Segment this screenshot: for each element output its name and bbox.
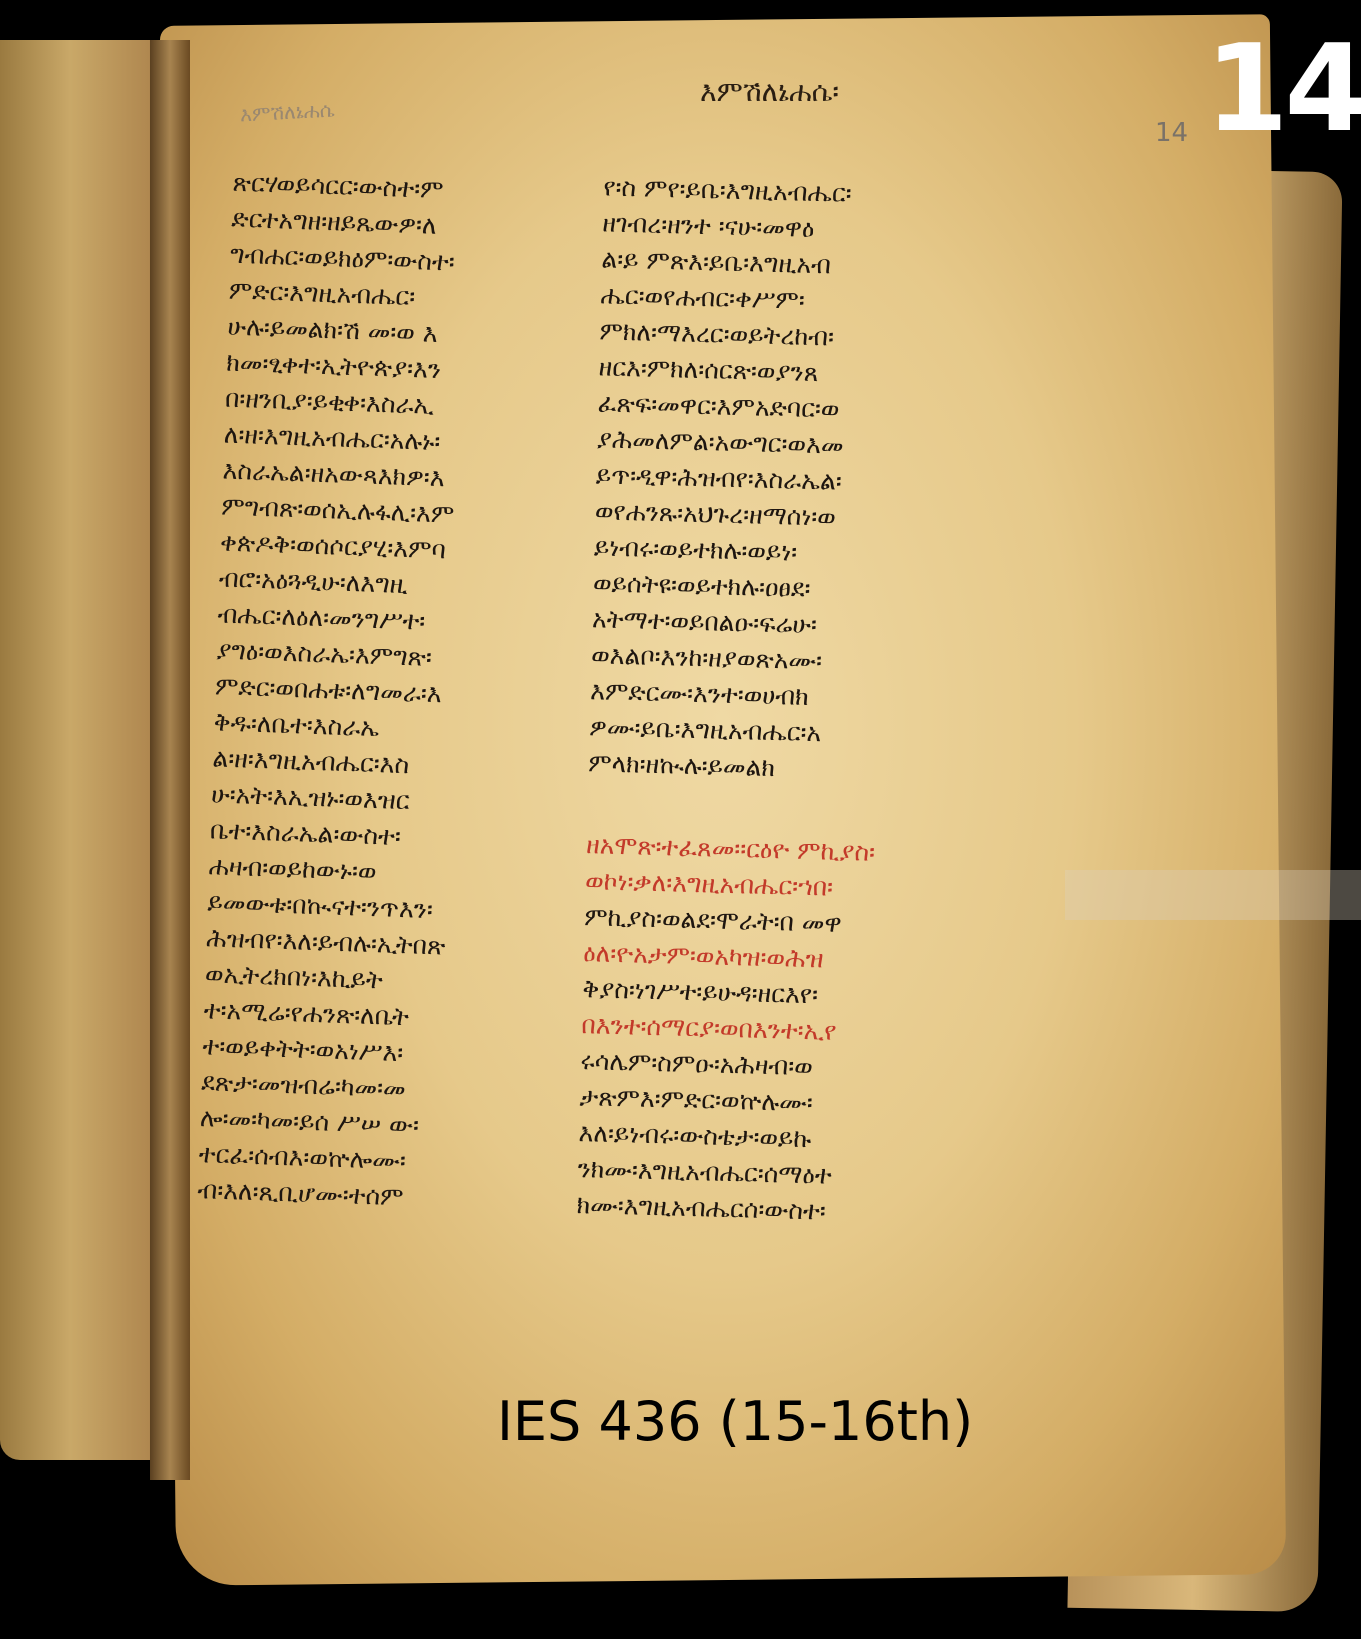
text-column-right: የ፡ስ ምየ፡ይቤ፡እግዚአብሔር፡ዘገብረ፡ዘንተ ፡ናሁ፡መዋዕል፡ይ ምጽ… bbox=[576, 169, 1043, 1234]
folio-number-overlay: 14 bbox=[1205, 30, 1361, 150]
page-heading: እምሽለኔሐሴ፡ bbox=[700, 75, 839, 109]
mounting-strip bbox=[1065, 870, 1361, 920]
text-column-left: ጽርሃወይሳርር፡ውስተ፡ምድርተአግዘ፡ዘይጼውዎ፡ለግብሐር፡ወይክዕም፡ው… bbox=[197, 165, 553, 1220]
pencil-folio-number: 14 bbox=[1155, 118, 1188, 148]
book-gutter bbox=[150, 40, 190, 1480]
left-page bbox=[0, 40, 175, 1460]
caption: IES 436 (15-16th) bbox=[497, 1390, 973, 1453]
pencil-note: እምሽለኔሐሴ bbox=[239, 98, 335, 127]
